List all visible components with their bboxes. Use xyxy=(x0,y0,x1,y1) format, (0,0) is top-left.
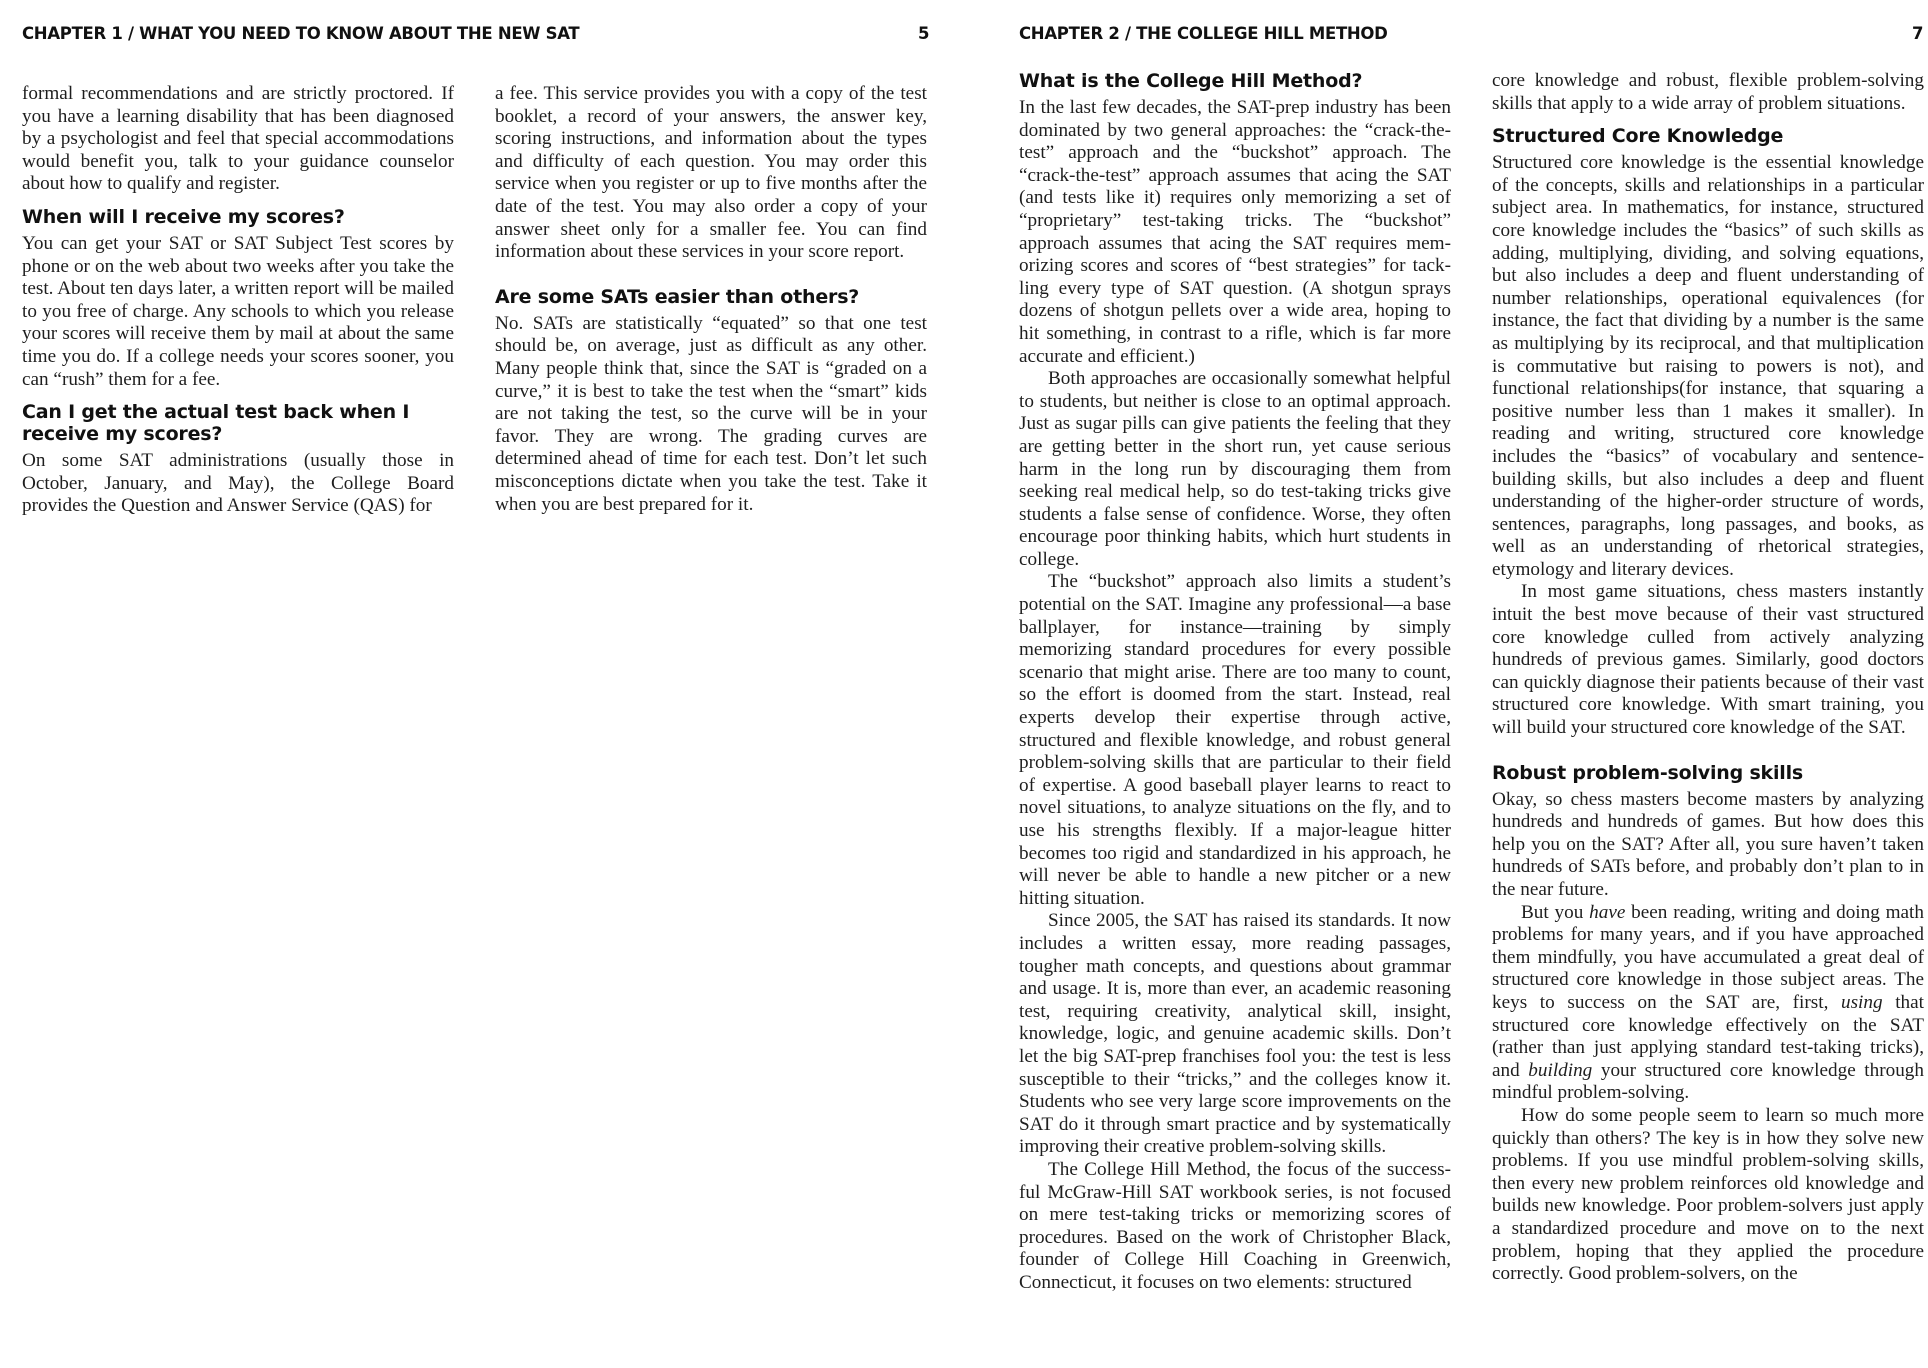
section-heading: Are some SATs easier than others? xyxy=(495,286,927,308)
paragraph: But you have been reading, writing and d… xyxy=(1492,902,1924,1105)
section-heading: Structured Core Knowledge xyxy=(1492,125,1924,147)
left-page-column-1: formal recommendations and are strictly … xyxy=(22,83,454,518)
right-page-column-2: core knowledge and robust, flexible prob… xyxy=(1492,70,1924,1286)
paragraph: Structured core knowledge is the essenti… xyxy=(1492,152,1924,581)
paragraph: core knowledge and robust, flexible prob… xyxy=(1492,70,1924,115)
paragraph: The “buckshot” approach also limits a st… xyxy=(1019,571,1451,910)
left-page-column-2: a fee. This service provides you with a … xyxy=(495,83,927,516)
running-head: CHAPTER 2 / THE COLLEGE HILL METHOD xyxy=(1019,24,1388,43)
paragraph: No. SATs are statistically “equated” so … xyxy=(495,313,927,516)
right-page-column-1: What is the College Hill Method? In the … xyxy=(1019,70,1451,1294)
paragraph: You can get your SAT or SAT Subject Test… xyxy=(22,233,454,391)
paragraph: The College Hill Method, the focus of th… xyxy=(1019,1159,1451,1295)
page-number: 7 xyxy=(1912,24,1923,43)
section-heading: Can I get the actual test back when I re… xyxy=(22,401,454,445)
page-number: 5 xyxy=(918,24,929,43)
section-heading: What is the College Hill Method? xyxy=(1019,70,1451,92)
paragraph: On some SAT administrations (usually tho… xyxy=(22,450,454,518)
left-page: CHAPTER 1 / WHAT YOU NEED TO KNOW ABOUT … xyxy=(0,0,950,1368)
right-page: CHAPTER 2 / THE COLLEGE HILL METHOD 7 Wh… xyxy=(1000,0,1928,1368)
paragraph: a fee. This service provides you with a … xyxy=(495,83,927,264)
paragraph: Both approaches are occasionally somewha… xyxy=(1019,368,1451,571)
running-head: CHAPTER 1 / WHAT YOU NEED TO KNOW ABOUT … xyxy=(22,24,579,43)
paragraph: Okay, so chess masters become masters by… xyxy=(1492,789,1924,902)
paragraph: formal recommendations and are strictly … xyxy=(22,83,454,196)
emphasis: building xyxy=(1528,1060,1592,1081)
paragraph: In most game situations, chess masters i… xyxy=(1492,581,1924,739)
paragraph: Since 2005, the SAT has raised its stand… xyxy=(1019,910,1451,1159)
paragraph: In the last few decades, the SAT-prep in… xyxy=(1019,97,1451,368)
emphasis: using xyxy=(1841,992,1883,1013)
section-heading: When will I receive my scores? xyxy=(22,206,454,228)
paragraph: How do some people seem to learn so much… xyxy=(1492,1105,1924,1286)
emphasis: have xyxy=(1589,902,1625,923)
text-run: But you xyxy=(1521,902,1589,923)
section-heading: Robust problem-solving skills xyxy=(1492,762,1924,784)
